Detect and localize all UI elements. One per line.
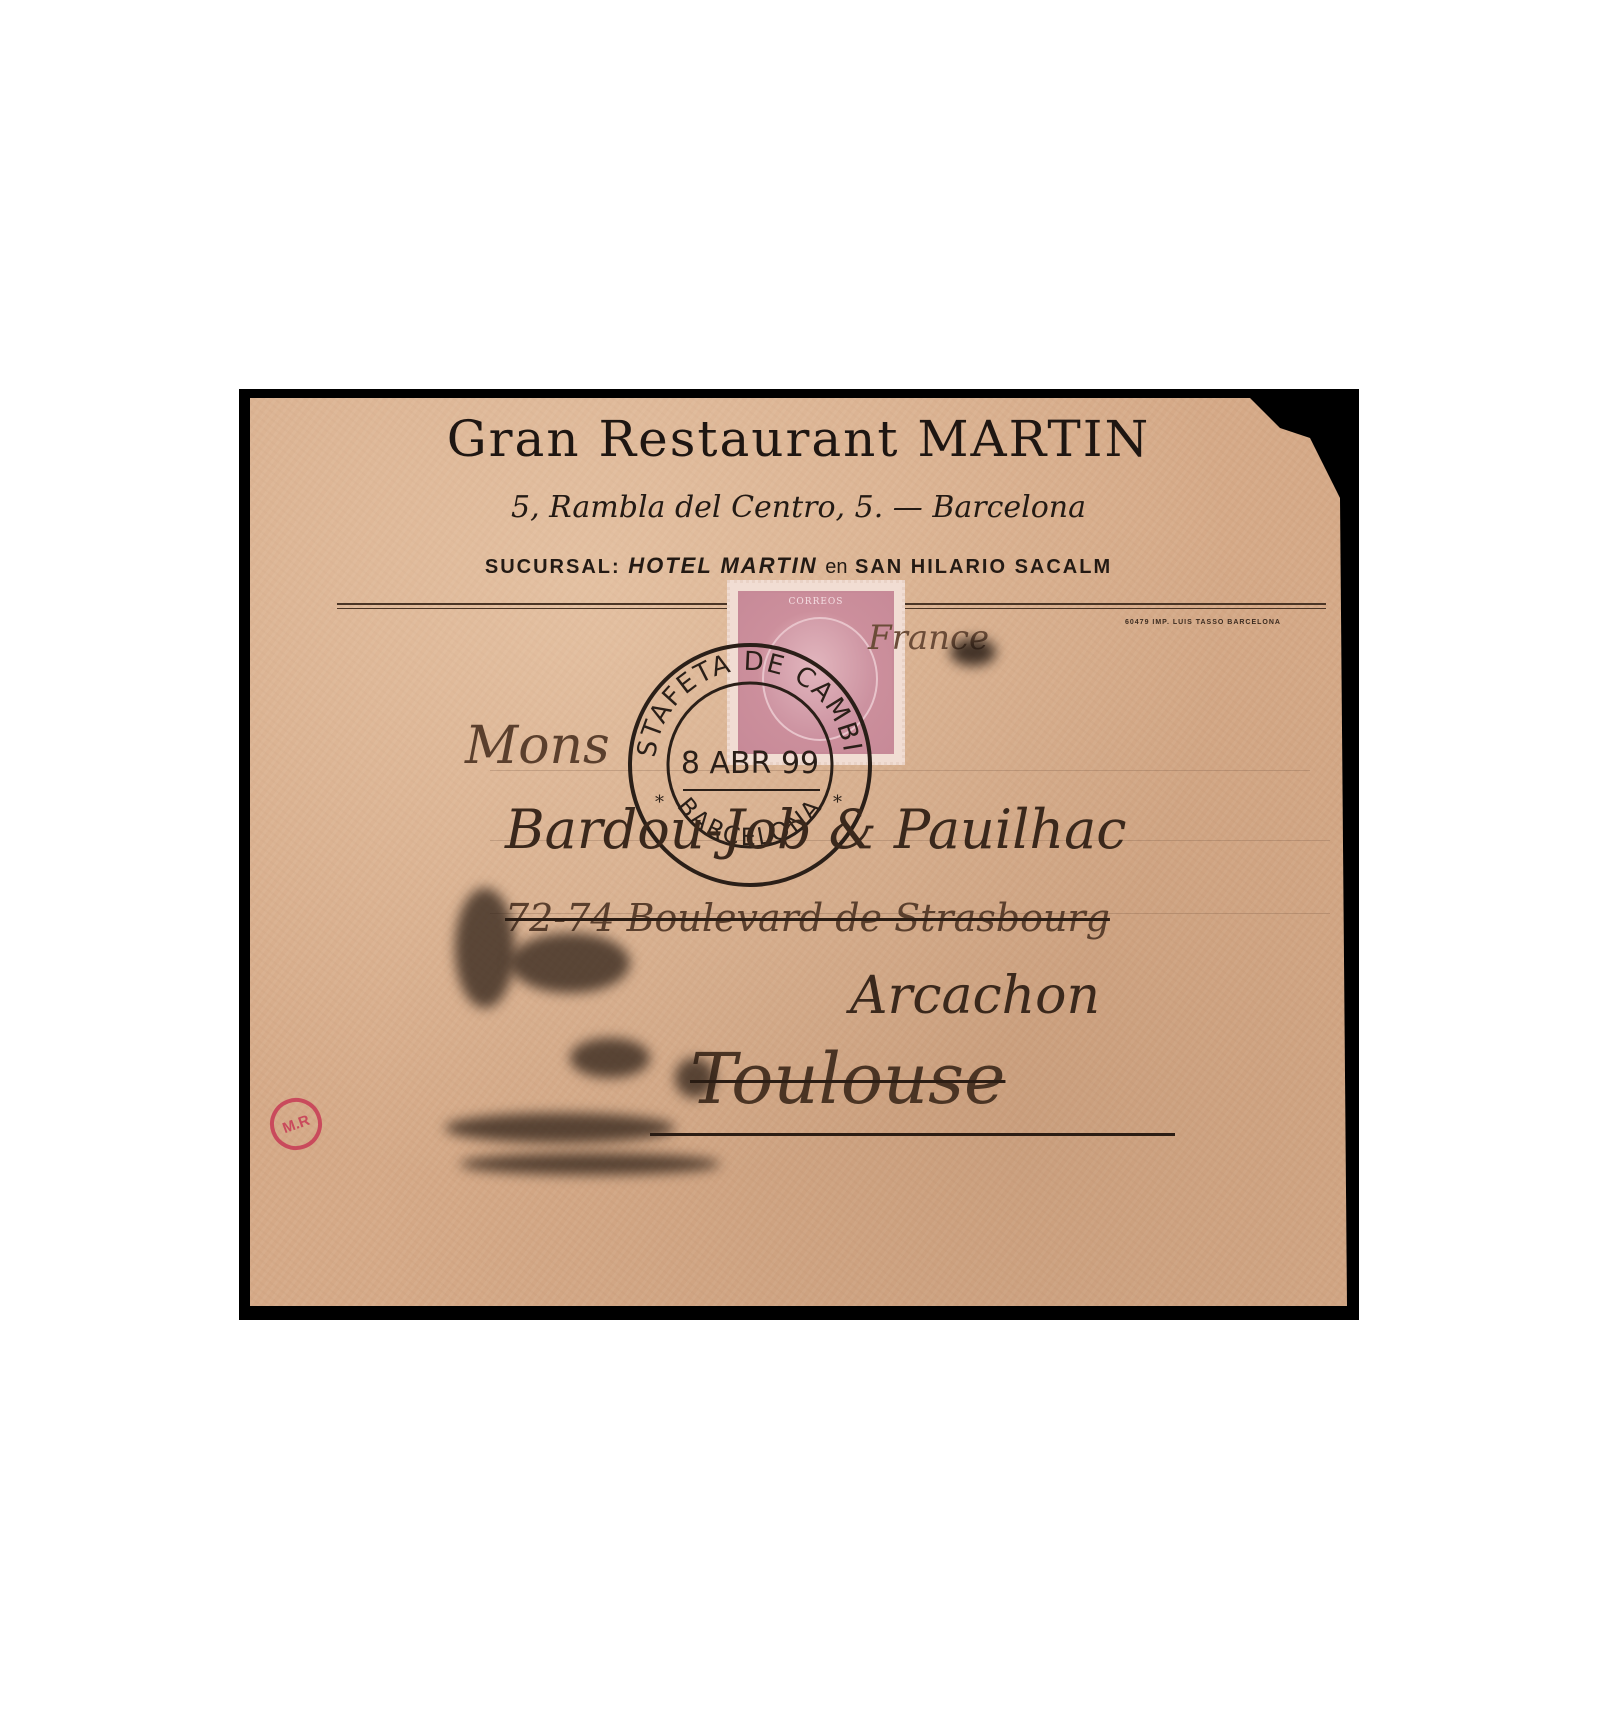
ink-smudge [570,1038,650,1078]
handwritten-city-struck: Toulouse [690,1038,1005,1120]
ink-smudge [510,933,630,993]
handwritten-salutation: Mons [465,716,610,776]
branch-connector: en [825,556,847,578]
stamp-label: CORREOS [740,597,892,607]
guide-line [490,770,1310,771]
ink-smudge [460,1153,720,1175]
branch-prefix: SUCURSAL: [485,556,621,578]
letterhead-title: Gran Restaurant MARTIN [250,410,1347,468]
letterhead-address: 5, Rambla del Centro, 5. — Barcelona [250,490,1347,525]
ink-smudge [445,1113,675,1143]
printer-imprint: 60479 IMP. LUIS TASSO BARCELONA [1125,619,1281,626]
svg-text:8 ABR 99: 8 ABR 99 [681,746,819,781]
letterhead-branch: SUCURSAL: HOTEL MARTIN en SAN HILARIO SA… [250,553,1347,579]
branch-name: HOTEL MARTIN [628,553,817,578]
svg-text:ESTAFETA DE CAMBIO: ESTAFETA DE CAMBIO [625,640,867,759]
handwritten-addressee: Bardou-Job & Pauilhac [505,798,1127,861]
ink-smudge [675,1058,715,1098]
cancel-line [650,1133,1175,1136]
ink-smudge [455,888,515,1008]
envelope: Gran Restaurant MARTIN 5, Rambla del Cen… [250,398,1347,1306]
handwritten-city-forward: Arcachon [850,966,1100,1026]
branch-location: SAN HILARIO SACALM [855,556,1112,578]
red-handstamp: M.R [263,1091,330,1158]
ink-blot [950,638,996,666]
handwritten-street-struck: 72-74 Boulevard de Strasbourg [505,896,1110,940]
